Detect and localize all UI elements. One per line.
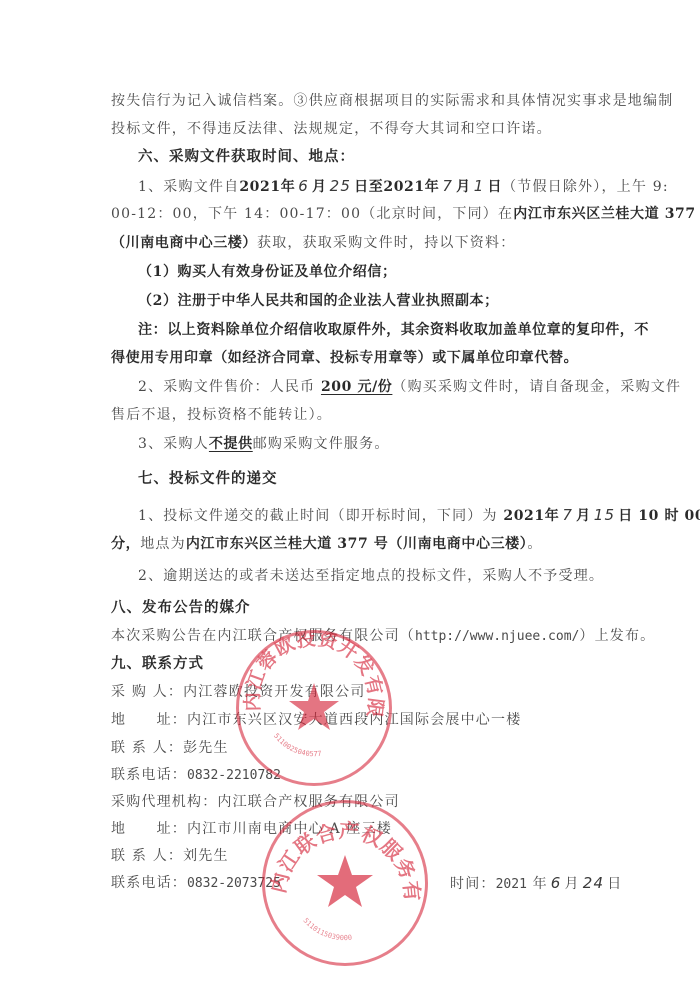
s6-note-line-1: 注：以上资料除单位介绍信收取原件外，其余资料收取加盖单位章的复印件，不 — [138, 320, 649, 340]
s6-requirement-2: （2）注册于中华人民共和国的企业法人营业执照副本； — [138, 291, 499, 311]
seal-star-icon: 内江联合产权服务有限公司 5110115039000 — [265, 803, 425, 963]
section-6-heading: 六、采购文件获取时间、地点： — [138, 147, 355, 167]
handwritten-day: 25 — [327, 177, 355, 195]
website-url[interactable]: http://www.njuee.com/ — [415, 629, 579, 644]
svg-text:5110115039000: 5110115039000 — [302, 917, 353, 942]
section-7-heading: 七、投标文件的递交 — [138, 469, 278, 489]
seal-star-icon: 内江蓉欧投资开发有限公司 5110025040577 — [239, 633, 389, 783]
s6-item1-line2: 00-12：00，下午 14：00-17：00（北京时间，下同）在内江市东兴区兰… — [111, 204, 700, 224]
s6-requirement-1: （1）购买人有效身份证及单位介绍信； — [138, 262, 397, 282]
handwritten-day: 1 — [471, 177, 488, 195]
intro-line-2: 投标文件，不得违反法律、法规规定，不得夸大其词和空口许诺。 — [111, 119, 552, 139]
phone2-row: 联系电话：0832-2073725 — [111, 873, 281, 894]
price: 200 元/份 — [321, 379, 392, 395]
signing-date: 时间：2021 年6月24日 — [450, 873, 622, 895]
s7-item1-line2: 分，地点为内江市东兴区兰桂大道 377 号（川南电商中心三楼）。 — [111, 534, 543, 554]
document-page: 按失信行为记入诚信档案。③供应商根据项目的实际需求和具体情况实事求是地编制 投标… — [0, 0, 700, 990]
handwritten-month: 6 — [295, 177, 312, 195]
s7-item1-line1: 1、投标文件递交的截止时间（即开标时间，下同）为 2021年7月15日 10 时… — [138, 505, 700, 526]
s7-item2: 2、逾期送达的或者未送达至指定地点的投标文件，采购人不予受理。 — [138, 566, 604, 586]
s6-item2-line1: 2、采购文件售价：人民币 200 元/份（购买采购文件时，请自备现金，采购文件 — [138, 377, 681, 397]
s6-item1-line3: （川南电商中心三楼）获取，获取采购文件时，持以下资料： — [111, 233, 515, 253]
company-seal-purchaser: 内江蓉欧投资开发有限公司 5110025040577 — [236, 630, 392, 786]
contact1-row: 联 系 人：彭先生 — [111, 738, 229, 758]
s6-note-line-2: 得使用专用印章（如经济合同章、投标专用章等）或下属单位印章代替。 — [111, 348, 578, 368]
intro-line-1: 按失信行为记入诚信档案。③供应商根据项目的实际需求和具体情况实事求是地编制 — [111, 91, 673, 111]
section-9-heading: 九、联系方式 — [111, 654, 204, 674]
s6-item1-line1: 1、采购文件自2021年6月25日至2021年7月1日（节假日除外），上午 9: — [138, 176, 669, 197]
s6-item3: 3、采购人不提供邮购采购文件服务。 — [138, 434, 390, 454]
handwritten-month: 7 — [439, 177, 456, 195]
svg-text:5110025040577: 5110025040577 — [272, 732, 322, 758]
company-seal-agency: 内江联合产权服务有限公司 5110115039000 — [262, 800, 428, 966]
s6-item2-line2: 售后不退，投标资格不能转让）。 — [111, 405, 332, 425]
section-8-heading: 八、发布公告的媒介 — [111, 598, 251, 618]
contact2-row: 联 系 人：刘先生 — [111, 846, 229, 866]
